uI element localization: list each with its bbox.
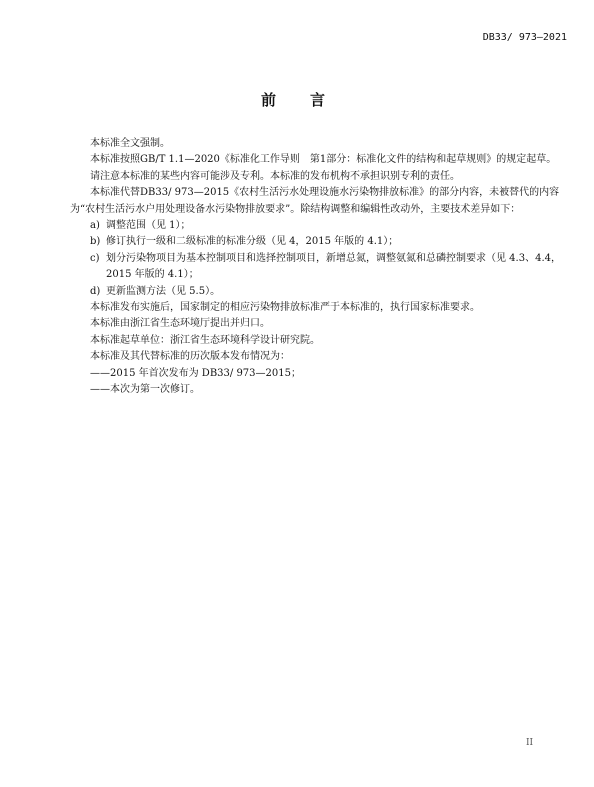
changes-list: a) 调整范围（见 1）； b) 修订执行一级和二级标准的标准分级（见 4，20… (70, 218, 570, 300)
paragraph-drafting-rules: 本标准按照GB/T 1.1—2020《标准化工作导则 第1部分：标准化文件的结构… (70, 152, 570, 168)
list-item: c) 划分污染物项目为基本控制项目和选择控制项目，新增总氮，调整氨氮和总磷控制要… (70, 251, 570, 284)
foreword-body: 本标准全文强制。 本标准按照GB/T 1.1—2020《标准化工作导则 第1部分… (70, 136, 570, 399)
history-item: ——本次为第一次修订。 (70, 382, 570, 398)
paragraph-replacement: 本标准代替DB33/ 973—2015《农村生活污水处理设施水污染物排放标准》的… (70, 185, 570, 218)
list-item-text: 修订执行一级和二级标准的标准分级（见 4，2015 年版的 4.1）； (106, 236, 398, 247)
list-item-label: c) (90, 251, 100, 267)
paragraph-patent-notice: 请注意本标准的某些内容可能涉及专利。本标准的发布机构不承担识别专利的责任。 (70, 169, 570, 185)
page-title: 前言 (0, 89, 594, 110)
paragraph-drafting-unit: 本标准起草单位：浙江省生态环境科学设计研究院。 (70, 333, 570, 349)
paragraph-national-standard: 本标准发布实施后，国家制定的相应污染物排放标准严于本标准的，执行国家标准要求。 (70, 300, 570, 316)
list-item-text: 划分污染物项目为基本控制项目和选择控制项目，新增总氮，调整氨氮和总磷控制要求（见… (106, 253, 561, 280)
paragraph-mandatory: 本标准全文强制。 (70, 136, 570, 152)
list-item-label: b) (90, 234, 100, 250)
list-item: b) 修订执行一级和二级标准的标准分级（见 4，2015 年版的 4.1）； (70, 234, 570, 250)
list-item: a) 调整范围（见 1）； (70, 218, 570, 234)
paragraph-proposer: 本标准由浙江省生态环境厅提出并归口。 (70, 316, 570, 332)
list-item-text: 更新监测方法（见 5.5）。 (106, 286, 220, 297)
history-item: ——2015 年首次发布为 DB33/ 973—2015； (70, 366, 570, 382)
document-code-header: DB33/ 973—2021 (483, 32, 567, 43)
list-item-label: a) (90, 218, 100, 234)
list-item-text: 调整范围（见 1）； (106, 220, 191, 231)
paragraph-version-history: 本标准及其代替标准的历次版本发布情况为： (70, 349, 570, 365)
list-item-label: d) (90, 284, 100, 300)
list-item: d) 更新监测方法（见 5.5）。 (70, 284, 570, 300)
page-number: II (526, 738, 533, 748)
